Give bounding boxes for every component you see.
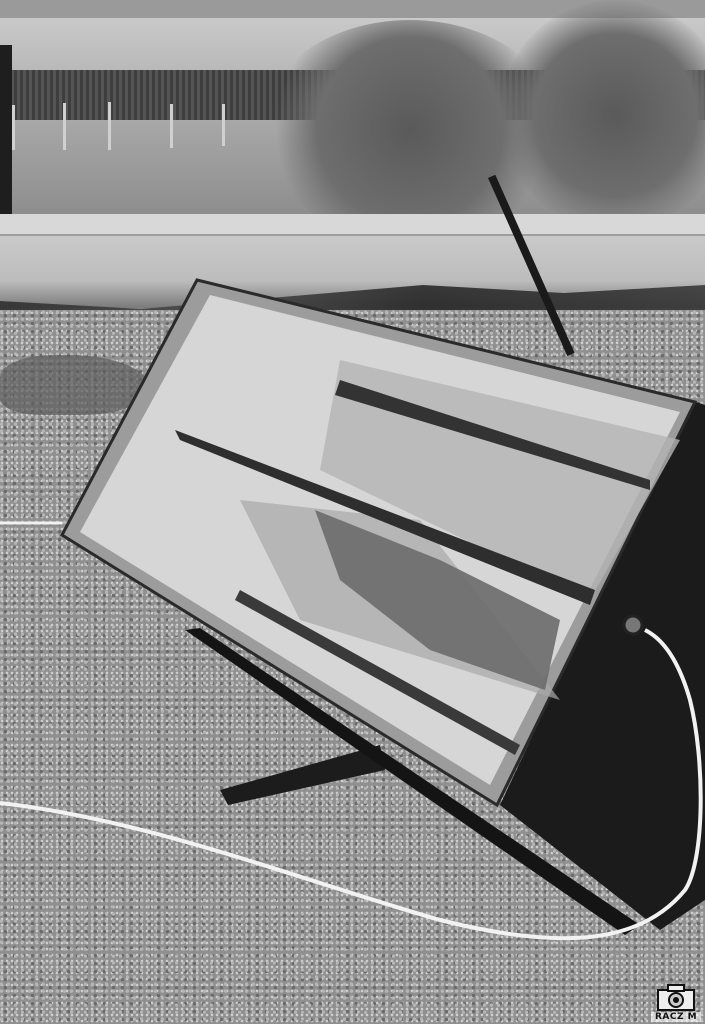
watermark: RÁCZ M [651,982,701,1022]
white-cable [0,630,701,938]
cable [0,0,705,1024]
camera-icon [656,982,696,1012]
photo-scene: RÁCZ M [0,0,705,1024]
watermark-text: RÁCZ M [651,1012,701,1022]
